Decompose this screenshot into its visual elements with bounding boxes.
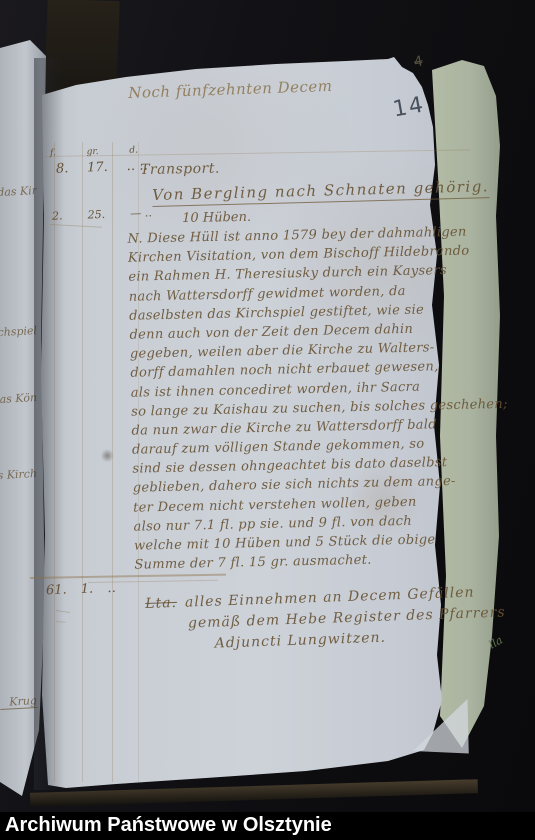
sum-cell: 17.: [87, 160, 108, 176]
sum-cell: 61.: [46, 583, 67, 599]
margin-rule: [54, 142, 55, 782]
margin-rule: [82, 142, 83, 782]
entry-body: N. Diese Hüll ist anno 1579 bey der dahm…: [127, 224, 486, 577]
margin-sum-row: 8. 17. ‥ ‥: [56, 158, 148, 176]
sum-cell: 8.: [56, 161, 69, 176]
verso-fragment: Krug: [0, 694, 37, 710]
photo-stage: nach das Kir el. Kirchspiel nach das Kön…: [0, 0, 535, 840]
archive-caption-bar: Archiwum Państwowe w Olsztynie: [0, 812, 535, 840]
note-lead: Lta.: [145, 595, 177, 612]
verso-fragment: el. Kirchspiel: [0, 324, 37, 339]
verso-fragment: nach das Kön: [0, 391, 37, 406]
transport-label: Transport.: [140, 161, 220, 178]
entry-subheading: 10 Hüben.: [182, 210, 251, 226]
sum-cell: ‥: [107, 581, 116, 596]
verso-fragment: das Kirch: [0, 467, 37, 482]
sum-cell: — ‥: [130, 206, 152, 220]
margin-col-f: f.: [50, 148, 56, 158]
sum-cell: 2.: [52, 209, 63, 222]
archive-name: Archiwum Państwowe w Olsztynie: [0, 812, 535, 839]
margin-rule: [112, 142, 113, 782]
margin-col-gr: gr.: [86, 147, 98, 157]
crossed-folio-number: 4: [413, 53, 425, 70]
entry-note: Lta.alles Einnehmen an Decem Gefällen ge…: [129, 583, 507, 659]
sum-cell: 1.: [81, 582, 94, 597]
margin-sum-row: 61. 1. ‥: [46, 581, 116, 598]
verso-fragment: nach das Kir: [0, 184, 37, 199]
sum-cell: 25.: [87, 208, 105, 222]
margin-col-d: d.: [129, 145, 138, 155]
